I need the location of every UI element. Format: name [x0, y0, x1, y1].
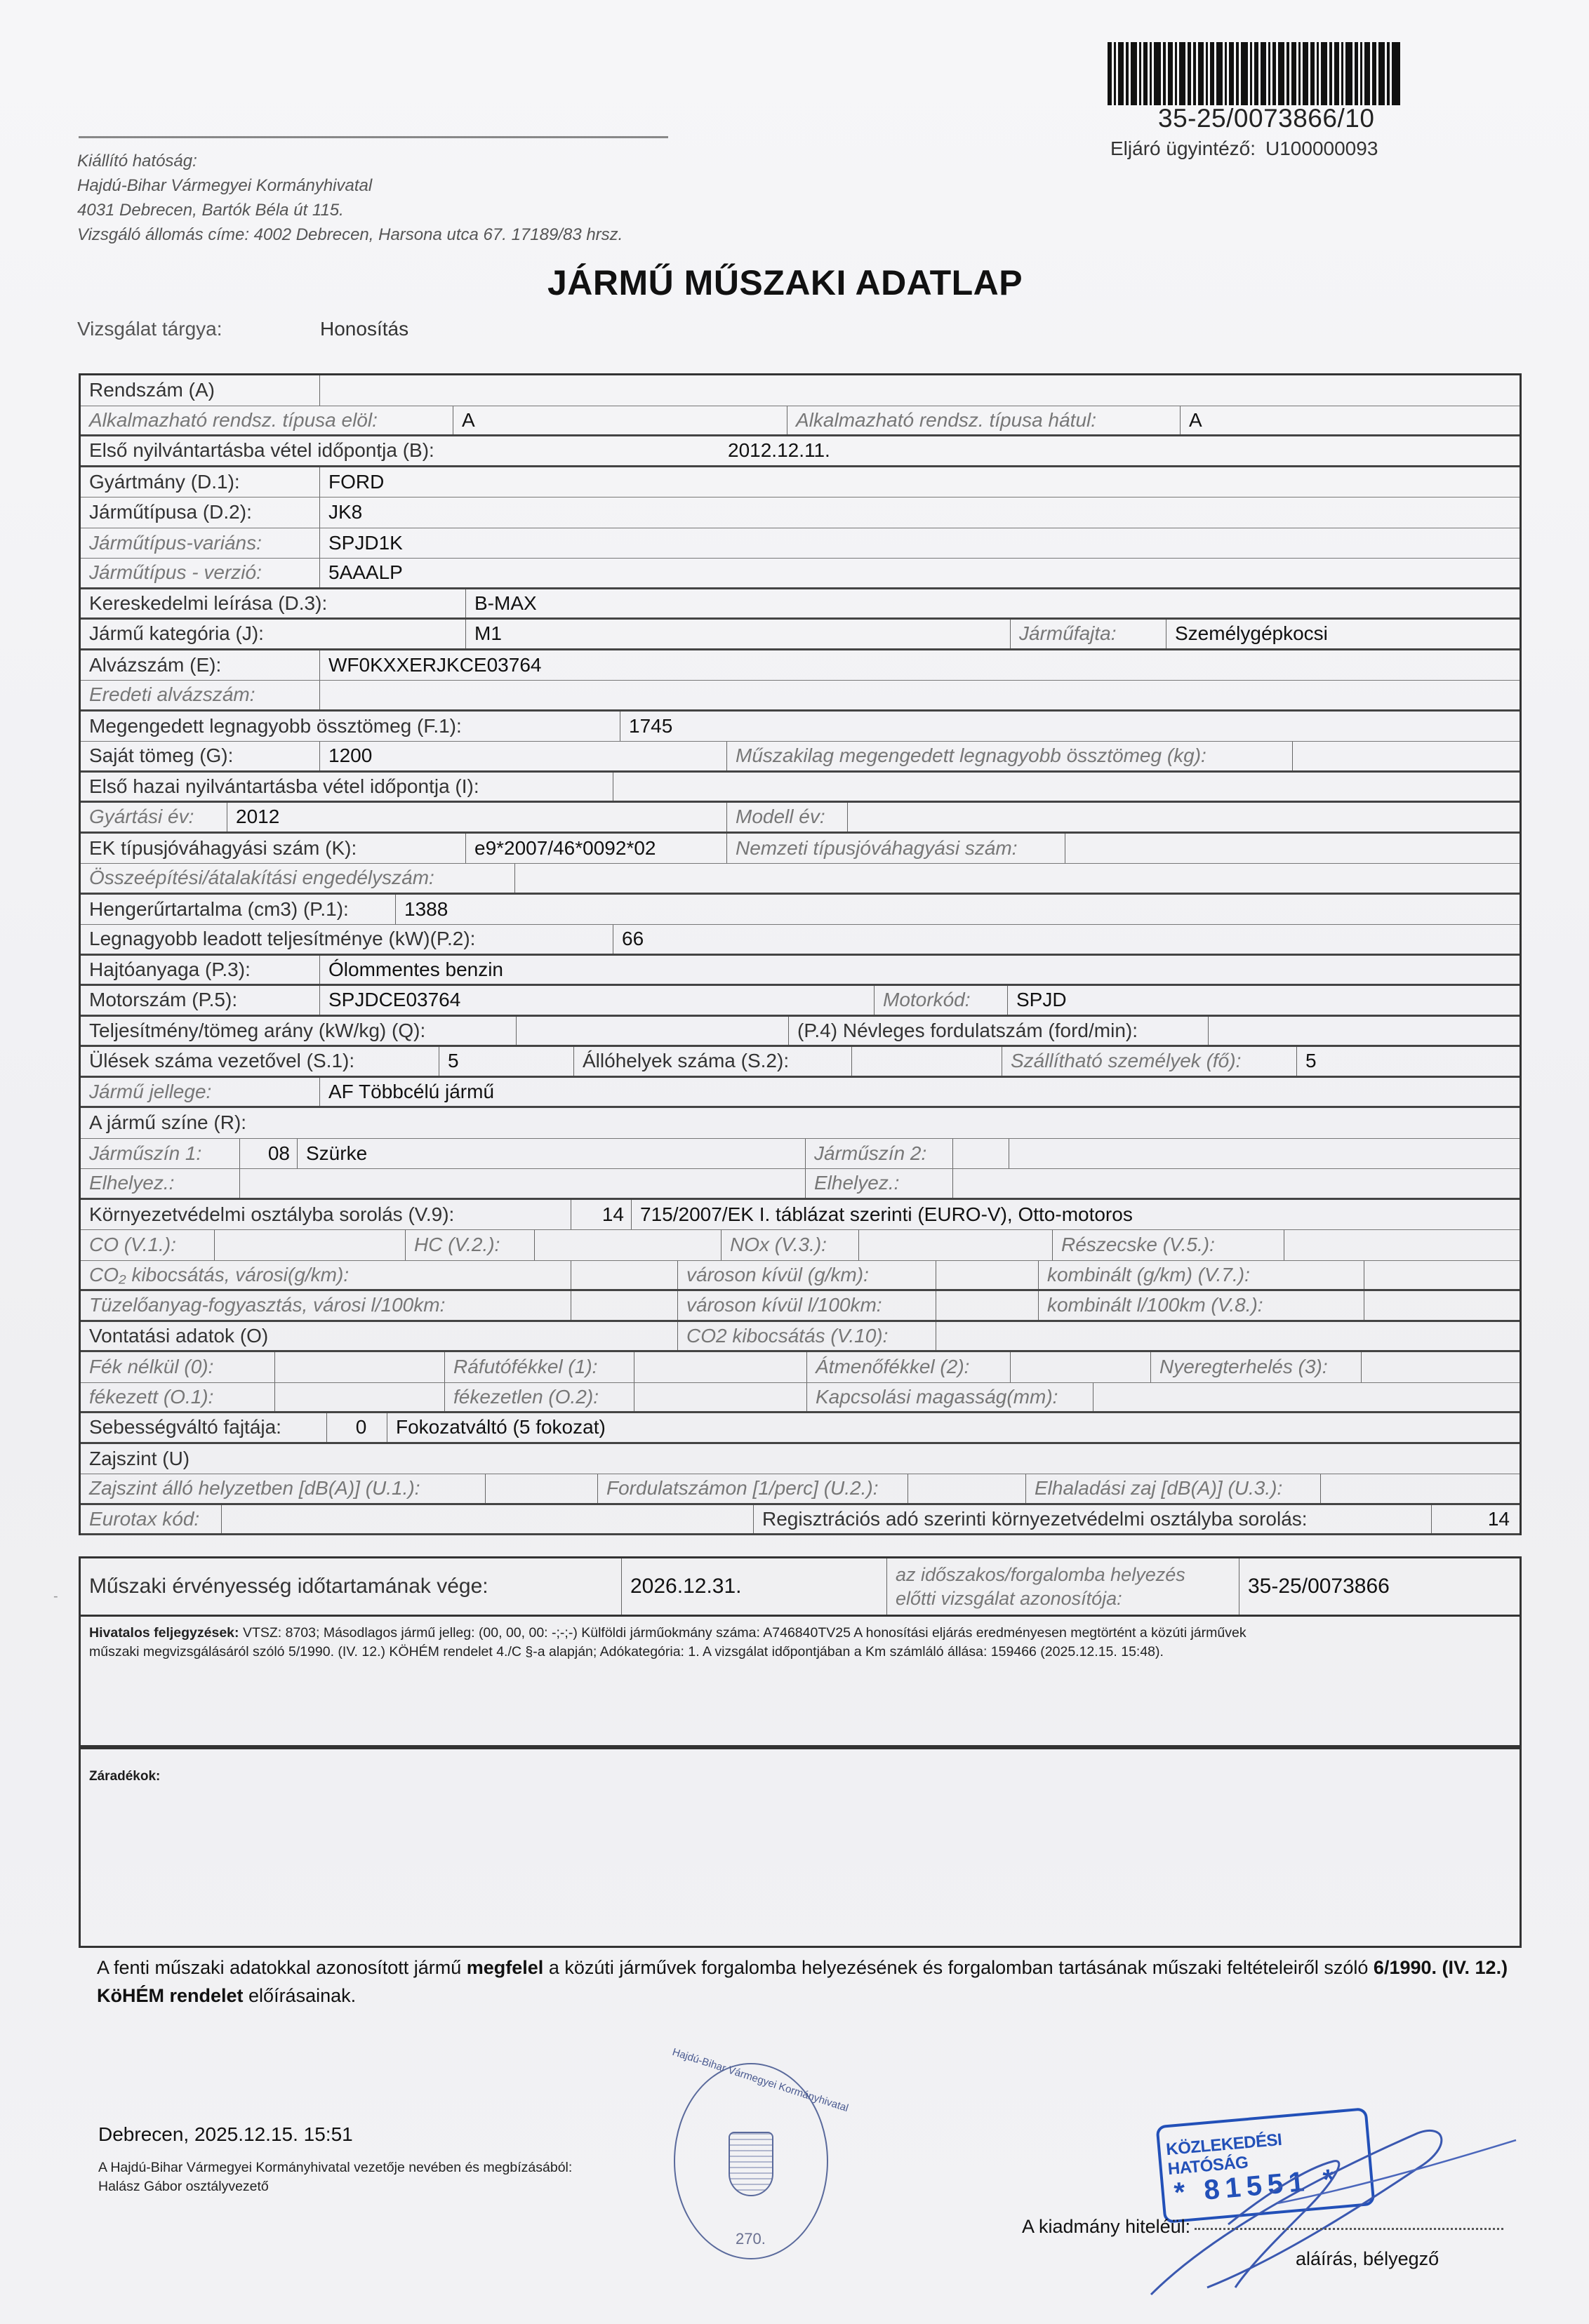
table-row: Vontatási adatok (O) CO2 kibocsátás (V.1… — [81, 1322, 1520, 1353]
first-registration-value: 2012.12.11. — [719, 436, 1520, 465]
page-title: JÁRMŰ MŰSZAKI ADATLAP — [547, 262, 1023, 303]
field-label: Eredeti alvázszám: — [81, 681, 319, 709]
field-label: Ráfutófékkel (1): — [444, 1352, 634, 1382]
first-domestic-reg-value — [613, 773, 1520, 801]
field-label: fékezett (O.1): — [81, 1383, 274, 1412]
conformity-text: előírásainak. — [244, 1985, 357, 2006]
field-label: NOx (V.3.): — [721, 1230, 858, 1260]
field-label: Nyeregterhelés (3): — [1150, 1352, 1361, 1382]
field-label: Állóhelyek száma (S.2): — [573, 1047, 851, 1076]
make-value: FORD — [319, 467, 1520, 497]
own-mass-value: 1200 — [319, 742, 726, 770]
placement1-value — [239, 1169, 805, 1198]
eurotax-value — [221, 1505, 753, 1534]
issuer-line: Kiállító hatóság: — [77, 149, 623, 173]
env-class-code: 14 — [571, 1200, 631, 1230]
rated-rpm-value — [1208, 1017, 1520, 1046]
seal-text: Hajdú-Bihar Vármegyei Kormányhivatal — [671, 2046, 850, 2114]
conformity-text: a közúti járművek forgalomba helyezéséne… — [543, 1957, 1374, 1978]
table-row: Első hazai nyilvántartásba vétel időpont… — [81, 773, 1520, 803]
case-handler: Eljáró ügyintéző:U100000093 — [1110, 138, 1378, 160]
clauses-box: Záradékok: — [79, 1747, 1522, 1948]
field-label: Hengerűrtartalma (cm3) (P.1): — [81, 895, 395, 925]
authentication-line: A kiadmány hiteléül: — [1022, 2216, 1503, 2238]
field-label: Átmenőfékkel (2): — [806, 1352, 1010, 1382]
field-label: Fordulatszámon [1/perc] (U.2.): — [597, 1474, 907, 1503]
field-label: városon kívül (g/km): — [677, 1261, 936, 1290]
table-row: CO (V.1.): HC (V.2.): NOx (V.3.): Részec… — [81, 1230, 1520, 1261]
version-value: 5AAALP — [319, 559, 1520, 587]
field-label: Elhelyez.: — [805, 1169, 952, 1198]
field-label: Regisztrációs adó szerinti környezetvéde… — [753, 1505, 1431, 1534]
field-label: Járműtípus - verzió: — [81, 559, 319, 587]
field-label: Járműtípusa (D.2): — [81, 497, 319, 528]
field-label: HC (V.2.): — [405, 1230, 534, 1260]
field-label: Műszakilag megengedett legnagyobb össztö… — [726, 742, 1292, 770]
seal-number: 270. — [736, 2230, 766, 2248]
field-label: Elhelyez.: — [81, 1169, 239, 1198]
table-row: Járműtípusa (D.2): JK8 — [81, 497, 1520, 528]
tech-max-mass-value — [1292, 742, 1520, 770]
case-handler-label: Eljáró ügyintéző: — [1110, 138, 1256, 159]
field-label: Zajszint álló helyzetben [dB(A)] (U.1.): — [81, 1474, 485, 1503]
field-label: Modell év: — [726, 803, 847, 832]
field-label: Összeépítési/átalakítási engedélyszám: — [81, 864, 514, 893]
exam-id-label-line: előtti vizsgálat azonosítója: — [896, 1587, 1122, 1610]
national-approval-value — [1065, 834, 1520, 864]
standing-value — [851, 1047, 1002, 1076]
table-row: Megengedett legnagyobb össztömeg (F.1): … — [81, 712, 1520, 742]
table-row: Ülések száma vezetővel (S.1): 5 Állóhely… — [81, 1047, 1520, 1078]
field-label: Gyártmány (D.1): — [81, 467, 319, 497]
engine-code-value: SPJD — [1007, 986, 1520, 1015]
type-value: JK8 — [319, 497, 1520, 528]
conformity-statement: A fenti műszaki adatokkal azonosított já… — [97, 1954, 1529, 2010]
power-value: 66 — [613, 925, 1520, 954]
field-label: Alkalmazható rendsz. típusa elöl: — [81, 406, 453, 435]
gearbox-code: 0 — [326, 1413, 387, 1442]
margin-mark: - — [53, 1589, 58, 1605]
field-label: Alvázszám (E): — [81, 650, 319, 681]
field-label: Járműfajta: — [1010, 620, 1166, 648]
field-label: Motorkód: — [874, 986, 1007, 1015]
field-label: Ülések száma vezetővel (S.1): — [81, 1047, 439, 1076]
validity-label: Műszaki érvényesség időtartamának vége: — [81, 1558, 621, 1615]
field-label: Első nyilvántartásba vétel időpontja (B)… — [81, 436, 719, 465]
field-label: Saját tömeg (G): — [81, 742, 319, 770]
issuer-line: Hajdú-Bihar Vármegyei Kormányhivatal — [77, 173, 623, 198]
particles-value — [1284, 1230, 1520, 1260]
co-value — [214, 1230, 405, 1260]
table-row: Elhelyez.: Elhelyez.: — [81, 1169, 1520, 1200]
engine-number-value: SPJDCE03764 — [319, 986, 874, 1015]
table-row: Alvázszám (E): WF0KXXERJKCE03764 — [81, 650, 1520, 681]
table-row: Hengerűrtartalma (cm3) (P.1): 1388 — [81, 895, 1520, 926]
field-label: Tüzelőanyag-fogyasztás, városi l/100km: — [81, 1291, 571, 1320]
brake-overrun-value — [634, 1352, 806, 1382]
divider — [79, 136, 668, 138]
section-heading-color: A jármű színe (R): — [81, 1108, 1520, 1138]
field-label: CO (V.1.): — [81, 1230, 214, 1260]
table-row: CO₂ kibocsátás, városi(g/km): városon kí… — [81, 1261, 1520, 1292]
validity-block: Műszaki érvényesség időtartamának vége: … — [79, 1556, 1522, 1617]
conformity-emphasis: megfelel — [467, 1957, 544, 1978]
table-row: Legnagyobb leadott teljesítménye (kW)(P.… — [81, 925, 1520, 956]
field-label: Kereskedelmi leírása (D.3): — [81, 589, 465, 618]
exam-id-label-line: az időszakos/forgalomba helyezés — [896, 1563, 1185, 1587]
field-label: Fék nélkül (0): — [81, 1352, 274, 1382]
notes-text: VTSZ: 8703; Másodlagos jármű jelleg: (00… — [239, 1625, 1246, 1641]
co2-urban-value — [571, 1261, 677, 1290]
field-label: Teljesítmény/tömeg arány (kW/kg) (Q): — [81, 1017, 516, 1046]
official-seal-icon: Hajdú-Bihar Vármegyei Kormányhivatal 270… — [674, 2063, 828, 2259]
color1-code: 08 — [239, 1139, 297, 1169]
table-row: Saját tömeg (G): 1200 Műszakilag megenge… — [81, 742, 1520, 773]
field-label: Járműszín 2: — [805, 1139, 952, 1169]
color2-code — [952, 1139, 1009, 1169]
issuer-line: Vizsgáló állomás címe: 4002 Debrecen, Ha… — [77, 222, 623, 247]
table-row: Első nyilvántartásba vétel időpontja (B)… — [81, 436, 1520, 467]
section-heading-towing: Vontatási adatok (O) — [81, 1322, 677, 1351]
notes-line: Hivatalos feljegyzések: VTSZ: 8703; Máso… — [89, 1624, 1511, 1643]
signatory-line: Halász Gábor osztályvezető — [98, 2177, 572, 2196]
field-label: CO₂ kibocsátás, városi(g/km): — [81, 1261, 571, 1290]
field-label: Jármű kategória (J): — [81, 620, 465, 648]
exam-id-label: az időszakos/forgalomba helyezés előtti … — [886, 1558, 1239, 1615]
field-label: kombinált (g/km) (V.7.): — [1038, 1261, 1364, 1290]
table-row: Kereskedelmi leírása (D.3): B-MAX — [81, 589, 1520, 620]
signatory-block: A Hajdú-Bihar Vármegyei Kormányhivatal v… — [98, 2158, 572, 2196]
signature-caption: aláírás, bélyegző — [1296, 2248, 1439, 2270]
table-row: Alkalmazható rendsz. típusa elöl: A Alka… — [81, 406, 1520, 437]
field-label: EK típusjóváhagyási szám (K): — [81, 834, 465, 864]
variant-value: SPJD1K — [319, 528, 1520, 559]
table-row: Fék nélkül (0): Ráfutófékkel (1): Átmenő… — [81, 1352, 1520, 1383]
clauses-label: Záradékok: — [89, 1769, 160, 1784]
color1-value: Szürke — [297, 1139, 805, 1169]
table-row: Járműtípus-variáns: SPJD1K — [81, 528, 1520, 559]
env-class-value: 715/2007/EK I. táblázat szerinti (EURO-V… — [631, 1200, 1520, 1230]
nox-value — [858, 1230, 1052, 1260]
reg-tax-class-value: 14 — [1431, 1505, 1520, 1534]
field-label: városon kívül l/100km: — [677, 1291, 936, 1320]
field-label: (P.4) Névleges fordulatszám (ford/min): — [788, 1017, 1208, 1046]
color2-value — [1009, 1139, 1520, 1169]
co2-extra-value — [936, 1261, 1038, 1290]
noise-rpm-value — [907, 1474, 1025, 1503]
case-handler-value: U100000093 — [1265, 138, 1378, 159]
plate-rear-value: A — [1180, 406, 1520, 435]
coat-of-arms-icon — [729, 2132, 773, 2196]
body-kind-value: Személygépkocsi — [1166, 620, 1520, 648]
brake-through-value — [1010, 1352, 1150, 1382]
max-mass-value: 1745 — [620, 712, 1520, 742]
field-label: CO2 kibocsátás (V.10): — [677, 1322, 936, 1351]
braked-value — [274, 1383, 444, 1412]
field-label: Eurotax kód: — [81, 1505, 221, 1534]
validity-value: 2026.12.31. — [621, 1558, 886, 1615]
fuel-value: Ólommentes benzin — [319, 956, 1520, 984]
manufacture-year-value: 2012 — [227, 803, 726, 832]
fuel-urban-value — [571, 1291, 677, 1320]
field-label: Megengedett legnagyobb össztömeg (F.1): — [81, 712, 620, 742]
vehicle-nature-value: AF Többcélú jármű — [319, 1078, 1520, 1107]
co2-v10-value — [936, 1322, 1520, 1351]
field-label: Elhaladási zaj [dB(A)] (U.3.): — [1025, 1474, 1320, 1503]
table-row: Járműtípus - verzió: 5AAALP — [81, 559, 1520, 589]
table-row: fékezett (O.1): fékezetlen (O.2): Kapcso… — [81, 1383, 1520, 1414]
table-row: Környezetvédelmi osztályba sorolás (V.9)… — [81, 1200, 1520, 1231]
field-label: Legnagyobb leadott teljesítménye (kW)(P.… — [81, 925, 613, 954]
commercial-name-value: B-MAX — [465, 589, 1520, 618]
category-value: M1 — [465, 620, 1010, 648]
table-row: A jármű színe (R): — [81, 1108, 1520, 1139]
field-label: Gyártási év: — [81, 803, 227, 832]
document-number: 35-25/0073866/10 — [1158, 104, 1374, 133]
co2-comb-value — [1364, 1261, 1520, 1290]
document-page: 35-25/0073866/10 Eljáró ügyintéző:U10000… — [0, 0, 1589, 2324]
table-row: Motorszám (P.5): SPJDCE03764 Motorkód: S… — [81, 986, 1520, 1017]
field-label: Hajtóanyaga (P.3): — [81, 956, 319, 984]
signature-icon — [1123, 2119, 1544, 2309]
field-label: kombinált l/100km (V.8.): — [1038, 1291, 1364, 1320]
seats-value: 5 — [439, 1047, 573, 1076]
field-label: fékezetlen (O.2): — [444, 1383, 634, 1412]
field-label: Jármű jellege: — [81, 1078, 319, 1107]
barcode — [1108, 42, 1480, 105]
exam-id-value: 35-25/0073866 — [1239, 1558, 1520, 1615]
table-row: Teljesítmény/tömeg arány (kW/kg) (Q): (P… — [81, 1017, 1520, 1048]
power-weight-value — [516, 1017, 788, 1046]
table-row: Zajszint álló helyzetben [dB(A)] (U.1.):… — [81, 1474, 1520, 1505]
issuer-line: 4031 Debrecen, Bartók Béla út 115. — [77, 198, 623, 222]
table-row: Hajtóanyaga (P.3): Ólommentes benzin — [81, 956, 1520, 987]
field-label: Szállítható személyek (fő): — [1002, 1047, 1296, 1076]
field-label: Motorszám (P.5): — [81, 986, 319, 1015]
plate-value — [319, 375, 1520, 406]
field-label: Rendszám (A) — [81, 375, 319, 406]
fuel-extra-value — [936, 1291, 1038, 1320]
place-date: Debrecen, 2025.12.15. 15:51 — [98, 2123, 353, 2146]
table-row: Gyártmány (D.1): FORD — [81, 467, 1520, 498]
noise-passby-value — [1320, 1474, 1520, 1503]
field-label: Első hazai nyilvántartásba vétel időpont… — [81, 773, 613, 801]
field-label: Járműszín 1: — [81, 1139, 239, 1169]
placement2-value — [952, 1169, 1520, 1198]
brake-none-value — [274, 1352, 444, 1382]
table-row: Zajszint (U) — [81, 1444, 1520, 1475]
authentication-label: A kiadmány hiteléül: — [1022, 2216, 1190, 2237]
table-row: Eurotax kód: Regisztrációs adó szerinti … — [81, 1505, 1520, 1536]
conversion-permit-value — [514, 864, 1520, 893]
table-row: Rendszám (A) — [81, 375, 1520, 406]
table-row: Járműszín 1: 08 Szürke Járműszín 2: — [81, 1139, 1520, 1170]
table-row: Gyártási év: 2012 Modell év: — [81, 803, 1520, 834]
field-label: Nemzeti típusjóváhagyási szám: — [726, 834, 1065, 864]
saddle-value — [1361, 1352, 1520, 1382]
table-row: Tüzelőanyag-fogyasztás, városi l/100km: … — [81, 1291, 1520, 1322]
field-label: Részecske (V.5.): — [1052, 1230, 1284, 1260]
field-label: Környezetvédelmi osztályba sorolás (V.9)… — [81, 1200, 571, 1230]
plate-front-value: A — [453, 406, 787, 435]
field-label: Kapcsolási magasság(mm): — [806, 1383, 1093, 1412]
noise-stationary-value — [485, 1474, 597, 1503]
persons-value: 5 — [1296, 1047, 1520, 1076]
table-row: Sebességváltó fajtája: 0 Fokozatváltó (5… — [81, 1413, 1520, 1444]
signatory-line: A Hajdú-Bihar Vármegyei Kormányhivatal v… — [98, 2158, 572, 2177]
section-heading-noise: Zajszint (U) — [81, 1444, 1520, 1474]
model-year-value — [847, 803, 1520, 832]
field-label: Alkalmazható rendsz. típusa hátul: — [787, 406, 1180, 435]
ec-approval-value: e9*2007/46*0092*02 — [465, 834, 726, 864]
conformity-text: A fenti műszaki adatokkal azonosított já… — [97, 1957, 467, 1978]
table-row: Összeépítési/átalakítási engedélyszám: — [81, 864, 1520, 895]
coupling-height-value — [1093, 1383, 1520, 1412]
hc-value — [534, 1230, 721, 1260]
official-notes: Hivatalos feljegyzések: VTSZ: 8703; Máso… — [79, 1617, 1522, 1747]
fuel-comb-value — [1364, 1291, 1520, 1320]
notes-label: Hivatalos feljegyzések: — [89, 1625, 239, 1641]
field-label: Járműtípus-variáns: — [81, 528, 319, 559]
signature-line — [1195, 2228, 1503, 2230]
table-row: Eredeti alvázszám: — [81, 681, 1520, 712]
notes-line: műszaki megvizsgálásáról szóló 5/1990. (… — [89, 1643, 1511, 1662]
gearbox-value: Fokozatváltó (5 fokozat) — [387, 1413, 1520, 1442]
original-vin-value — [319, 681, 1520, 709]
issuer-block: Kiállító hatóság: Hajdú-Bihar Vármegyei … — [77, 149, 623, 247]
vehicle-data-table: Rendszám (A) Alkalmazható rendsz. típusa… — [79, 373, 1522, 1535]
table-row: Jármű kategória (J): M1 Járműfajta: Szem… — [81, 620, 1520, 650]
table-row: Jármű jellege: AF Többcélú jármű — [81, 1078, 1520, 1109]
unbraked-value — [634, 1383, 806, 1412]
field-label: Sebességváltó fajtája: — [81, 1413, 326, 1442]
vin-value: WF0KXXERJKCE03764 — [319, 650, 1520, 681]
subject-value: Honosítás — [320, 318, 408, 340]
table-row: EK típusjóváhagyási szám (K): e9*2007/46… — [81, 834, 1520, 864]
displacement-value: 1388 — [395, 895, 1520, 925]
subject-label: Vizsgálat tárgya: — [77, 318, 222, 340]
